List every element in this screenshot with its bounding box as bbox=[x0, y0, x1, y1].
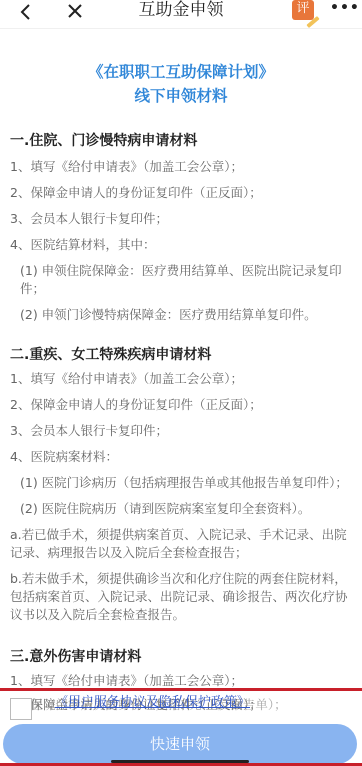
list-item: 2、保障金申请人的身份证复印件（正反面）； bbox=[10, 396, 352, 414]
document-content: 《在职职工互助保障计划》 线下申领材料 一.住院、门诊慢特病申请材料 1、填写《… bbox=[0, 28, 362, 714]
quick-claim-button[interactable]: 快速申领 bbox=[3, 724, 357, 764]
agreement-link[interactable]: 《用户服务协议及隐私保护政策》 bbox=[55, 694, 250, 712]
document-title-line1: 《在职职工互助保障计划》 bbox=[0, 60, 362, 84]
note-paragraph: a.若已做手术，须提供病案首页、入院记录、手术记录、出院记录、病理报告以及入院后… bbox=[10, 526, 352, 562]
sub-item: (1) 申领住院保障金：医疗费用结算单、医院出院记录复印件； bbox=[10, 262, 352, 298]
sub-item: (2) 医院住院病历（请到医院病案室复印全套资料）。 bbox=[10, 500, 352, 518]
sub-item: (2) 申领门诊慢特病保障金：医疗费用结算单复印件。 bbox=[10, 306, 352, 324]
list-item: 4、医院结算材料，其中： bbox=[10, 236, 352, 254]
list-item: 1、填写《给付申请表》（加盖工会公章）； bbox=[10, 158, 352, 176]
section-critical-illness: 二.重疾、女工特殊疾病申请材料 1、填写《给付申请表》（加盖工会公章）； 2、保… bbox=[0, 344, 362, 624]
document-title-line2: 线下申领材料 bbox=[0, 84, 362, 108]
document-title: 《在职职工互助保障计划》 线下申领材料 bbox=[0, 60, 362, 108]
navbar: 互助金申领 评 ••• bbox=[0, 0, 362, 29]
section-hospital: 一.住院、门诊慢特病申请材料 1、填写《给付申请表》（加盖工会公章）； 2、保障… bbox=[0, 130, 362, 324]
section-heading: 一.住院、门诊慢特病申请材料 bbox=[10, 130, 352, 152]
section-heading: 二.重疾、女工特殊疾病申请材料 bbox=[10, 344, 352, 366]
highlight-border bbox=[0, 688, 362, 691]
pencil-icon bbox=[306, 16, 319, 28]
ellipsis-icon[interactable]: ••• bbox=[330, 3, 360, 13]
close-icon[interactable] bbox=[64, 1, 86, 23]
list-item: 4、医院病案材料： bbox=[10, 448, 352, 466]
review-badge-label: 评 bbox=[296, 1, 309, 16]
list-item: 2、保障金申请人的身份证复印件（正反面）； bbox=[10, 184, 352, 202]
page-title: 互助金申领 bbox=[139, 0, 224, 20]
list-item: 3、会员本人银行卡复印件； bbox=[10, 422, 352, 440]
sub-item: (1) 医院门诊病历（包括病理报告单或其他报告单复印件）； bbox=[10, 474, 352, 492]
list-item: 1、填写《给付申请表》（加盖工会公章）； bbox=[10, 370, 352, 388]
chevron-left-icon[interactable] bbox=[16, 1, 36, 23]
note-paragraph: b.若未做手术，须提供确诊当次和化疗住院的两套住院材料，包括病案首页、入院记录、… bbox=[10, 570, 352, 624]
agreement-checkbox[interactable] bbox=[10, 698, 32, 720]
list-item: 3、会员本人银行卡复印件； bbox=[10, 210, 352, 228]
review-button[interactable]: 评 bbox=[292, 0, 314, 20]
section-heading: 三.意外伤害申请材料 bbox=[10, 646, 352, 668]
